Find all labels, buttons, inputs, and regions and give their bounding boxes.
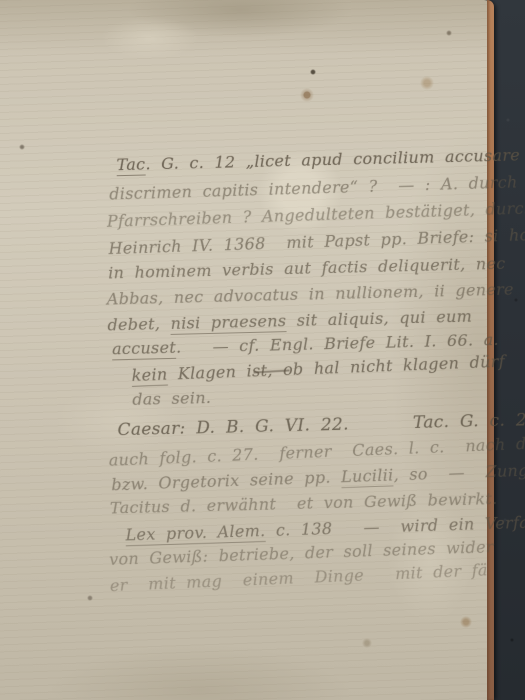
line-text: Klagen ist, ob hal nicht klagen dürf bbox=[167, 352, 505, 384]
handwriting-layer: Tac. G. c. 12 „licet apud concilium accu… bbox=[0, 0, 502, 700]
line-text: er mit mag einem Dinge mit der fä bbox=[109, 560, 488, 595]
manuscript-page: Tac. G. c. 12 „licet apud concilium accu… bbox=[0, 0, 494, 700]
manuscript-photo: Tac. G. c. 12 „licet apud concilium accu… bbox=[0, 0, 525, 700]
